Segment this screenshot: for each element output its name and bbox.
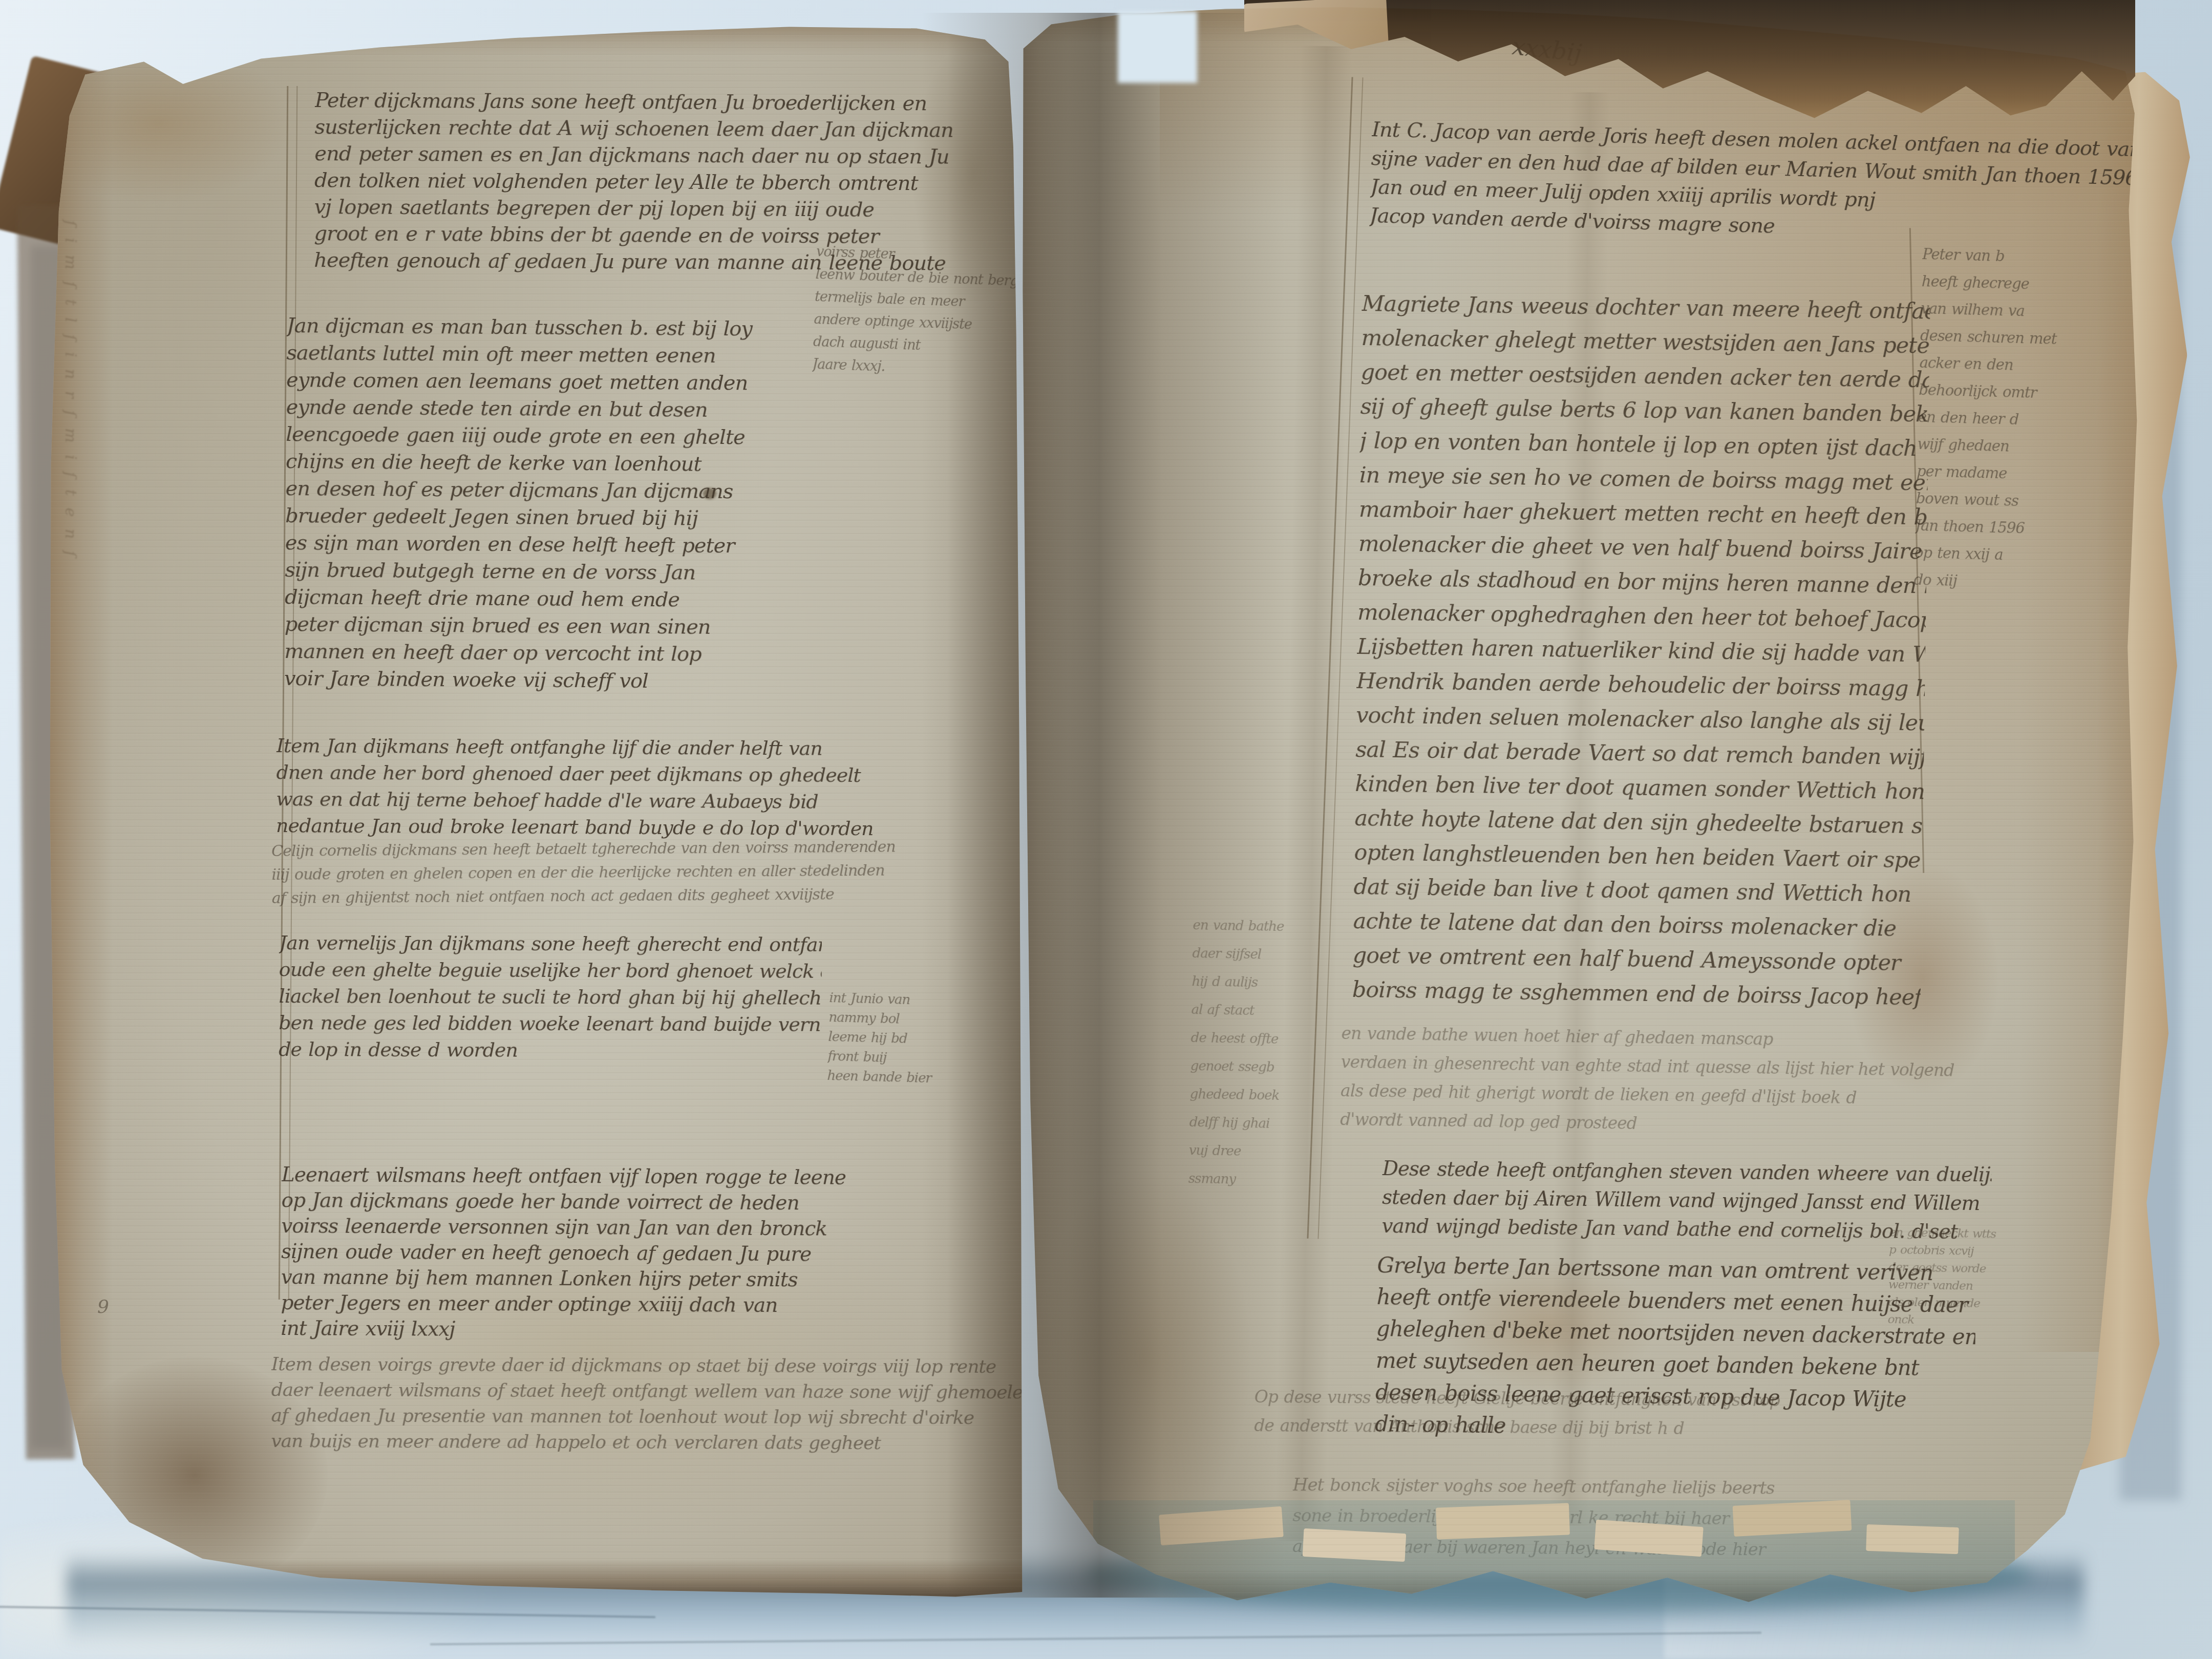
handwritten-line: Leenaert wilsmans heeft ontfaen vijf lop… [282,1162,1024,1192]
handwritten-line: Item desen voirgs grevte daer id dijckma… [271,1352,1024,1380]
handwritten-line: af ghedaen daer bij waeren Jan heyl en w… [1292,1531,2035,1567]
book-gutter [922,13,1285,1598]
handwritten-line: van buijs en meer andere ad happelo et o… [271,1429,1024,1457]
paragraph-right-bottom: Op dese vurss stede heeft Gielije beerte… [1254,1382,2023,1445]
handwritten-line: Het bonck sijster voghs soe heeft ontfan… [1293,1470,2035,1505]
handwritten-line: voir Jare binden woeke vij scheff vol [284,665,853,696]
handwritten-line: leencgoede gaen iiij oude grote en een g… [286,421,854,452]
left-page: ſ i m ſ t l ſ i n r ſ m i ſ t e n ſ Pete… [46,20,1024,1608]
handwritten-line: Jan vernelijs Jan dijkmans sone heeft gh… [279,929,822,958]
paragraph-right-1: Int C. Jacop van aerde Joris heeft desen… [1369,115,2171,251]
paragraph-left-2: Jan dijcman es man ban tusschen b. est b… [284,312,855,696]
handwritten-line: Peter dijckmans Jans sone heeft ontfaen … [315,87,1024,117]
handwritten-line: vj lopen saetlants begrepen der pij lope… [314,194,1024,224]
handwritten-line: peter Jegers en meer ander optinge xxiii… [281,1290,1024,1320]
handwritten-line: boirss magg te ssghemmen end de boirss J… [1352,973,1921,1015]
handwritten-line: op Jan dijckmans goede her bande voirrec… [281,1188,1024,1218]
margin-note: en ghemaeckt wttsp octobris xcvijder goe… [1887,1224,2084,1332]
handwritten-line: sone in broederlijken en in susterl ke r… [1292,1500,2035,1536]
handwritten-line: end peter samen es en Jan dijckmans nach… [314,140,1024,171]
manuscript-photo: ſ i m ſ t l ſ i n r ſ m i ſ t e n ſ Pete… [0,0,2212,1659]
handwritten-line: brueder gedeelt Jegen sinen brued bij hi… [285,502,854,534]
handwritten-line: dnen ande her bord ghenoed daer peet dij… [276,759,1024,790]
handwritten-line: sijnen oude vader en heeft genoech af ge… [281,1239,1024,1269]
handwritten-line: was en dat hij terne behoef hadde d'le w… [276,785,1024,816]
handwritten-line: af ghedaen Ju presentie van mannen tot l… [271,1403,1024,1431]
handwritten-line: Jan dijcman es man ban tusschen b. est b… [287,312,855,344]
handwritten-line: en desen hof es peter dijcmans Jan dijcm… [285,475,854,506]
handwritten-line: int Jaire xviij lxxxj [281,1316,1024,1346]
page-edge [46,20,1024,56]
handwritten-line: chijns en die heeft de kerke van loenhou… [286,448,854,479]
handwritten-line: de anderstt van Anthonis sone baese dij … [1254,1411,2022,1445]
paper-crease [1275,46,1352,1541]
handwritten-line: ben nede ges led bidden woeke leenart ba… [279,1009,821,1038]
handwritten-line: af sijn en ghijentst noch niet ontfaen n… [272,881,1024,910]
handwritten-line: van manne bij hem mannen Lonken hijrs pe… [281,1265,1024,1294]
paragraph-right-bottom: Het bonck sijster voghs soe heeft ontfan… [1292,1470,2035,1567]
handwritten-line: als olen muende [1888,1293,2083,1314]
paragraph-left-6: Leenaert wilsmans heeft ontfaen vijf lop… [281,1162,1024,1346]
handwritten-line: oude een ghelte beguie uselijke her bord… [279,956,822,985]
paragraph-left-7: Item desen voirgs grevte daer id dijckma… [271,1352,1024,1457]
paragraph-left-3: Item Jan dijkmans heeft ontfanghe lijf d… [276,732,1024,843]
handwritten-line: voirss leenaerde versonnen sijn van Jan … [281,1214,1024,1243]
gutter-top-notch [1118,11,1197,83]
handwritten-line: Op dese vurss stede heeft Gielije beerte… [1254,1382,2023,1416]
handwritten-line: eynde aende stede ten airde en but desen [286,394,855,425]
handwritten-line: eynde comen aen leemans goet metten ande… [286,367,855,398]
paragraph-left-4: Celijn cornelis dijckmans sen heeft beta… [271,834,1024,910]
handwritten-line: mannen en heeft daer op vercocht int lop [284,638,853,669]
handwritten-line: es sijn man worden en dese helft heeft p… [285,529,854,561]
handwritten-line: onck [1887,1311,2082,1332]
margin-note: Peter van bheeft ghecregevan wilhem vade… [1913,241,2143,599]
handwritten-line: Item Jan dijkmans heeft ontfanghe lijf d… [276,732,1024,763]
handwritten-line: peter dijcman sijn brued es een wan sine… [285,611,853,642]
handwritten-line: do xiij [1913,566,2134,599]
handwritten-line: susterlijcken rechte dat A wij schoenen … [314,114,1024,144]
stain [46,41,292,205]
paragraph-right-2-faded: en vande bathe wuen hoet hier af ghedaen… [1340,1019,1976,1142]
handwritten-line: liackel ben loenhout te sucli te hord gh… [279,983,821,1011]
folio-number: 9 [97,1296,109,1317]
paragraph-right-2: Magriete Jans weeus dochter van meere he… [1352,287,1930,1015]
handwritten-line: daer leenaert wilsmans of staet heeft on… [271,1377,1024,1406]
handwritten-line: dijcman heeft drie mane oud hem ende [285,584,853,615]
handwritten-line: de lop in desse d worden [279,1036,821,1065]
handwritten-line: saetlants luttel min oft meer metten een… [286,339,855,371]
ink-bleedthrough: ſ i m ſ t l ſ i n r ſ m i ſ t e n ſ [61,220,79,917]
margin-rule [279,86,298,1300]
handwritten-line: den tolken niet volghenden peter ley All… [314,167,1024,197]
paragraph-left-5: Jan vernelijs Jan dijkmans sone heeft gh… [279,929,822,1065]
handwritten-line: sijn brued butgegh terne en de vorss Jan [285,557,853,588]
